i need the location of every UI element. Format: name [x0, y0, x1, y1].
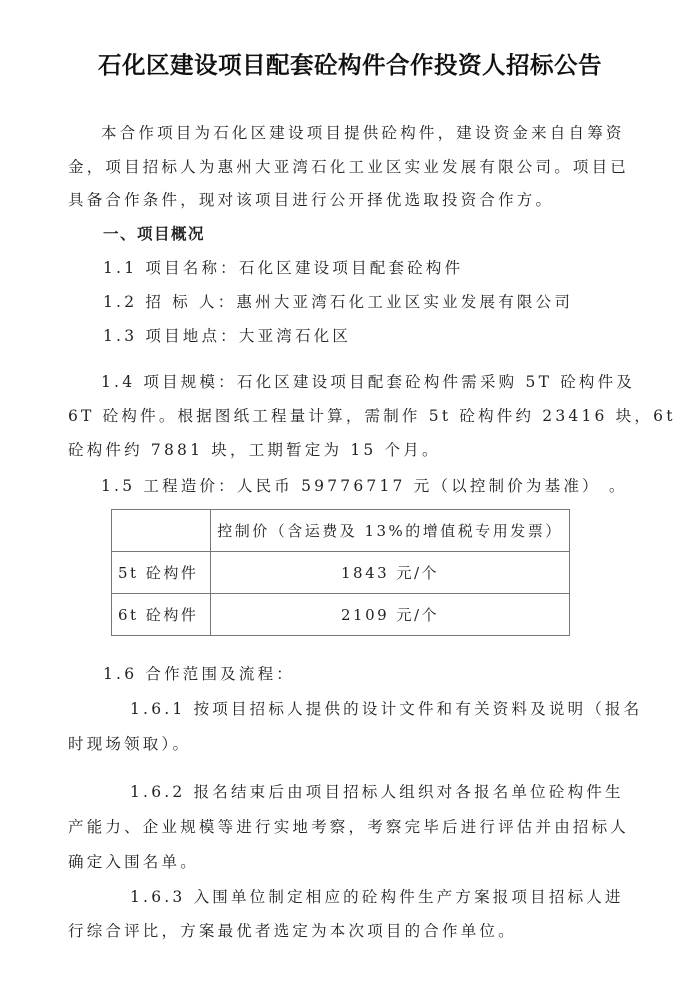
table-header-cell-control-price: 控制价（含运费及 13%的增值税专用发票） [211, 510, 570, 552]
table-cell-item: 6t 砼构件 [112, 594, 211, 636]
table-cell-price: 2109 元/个 [211, 594, 570, 636]
section-heading: 一、项目概况 [103, 222, 205, 244]
item-project-name: 1.1 项目名称：石化区建设项目配套砼构件 [103, 256, 463, 278]
document-title: 石化区建设项目配套砼构件合作投资人招标公告 [0, 46, 700, 80]
item-scale-line-1: 1.4 项目规模：石化区建设项目配套砼构件需采购 5T 砼构件及 [101, 370, 635, 392]
table-cell-price: 1843 元/个 [211, 552, 570, 594]
table-cell-item: 5t 砼构件 [112, 552, 211, 594]
item-scope-1-line-1: 1.6.1 按项目招标人提供的设计文件和有关资料及说明（报名 [130, 697, 642, 719]
item-scope-1-line-2: 时现场领取）。 [68, 732, 191, 754]
item-location: 1.3 项目地点：大亚湾石化区 [103, 324, 351, 346]
item-scale-line-3: 砼构件约 7881 块，工期暂定为 15 个月。 [68, 438, 441, 460]
table-header-cell-empty [112, 510, 211, 552]
intro-line-1: 本合作项目为石化区建设项目提供砼构件，建设资金来自自筹资 [101, 121, 625, 143]
intro-line-3: 具备合作条件，现对该项目进行公开择优选取投资合作方。 [68, 188, 554, 210]
table-header-row: 控制价（含运费及 13%的增值税专用发票） [112, 510, 570, 552]
item-scope-2-line-2: 产能力、企业规模等进行实地考察，考察完毕后进行评估并由招标人 [68, 815, 629, 837]
item-scope-2-line-3: 确定入围名单。 [68, 850, 199, 872]
price-table: 控制价（含运费及 13%的增值税专用发票） 5t 砼构件 1843 元/个 6t… [111, 509, 570, 636]
item-scope-2-line-1: 1.6.2 报名结束后由项目招标人组织对各报名单位砼构件生 [130, 780, 624, 802]
item-cost: 1.5 工程造价：人民币 59776717 元（以控制价为基准） 。 [101, 474, 628, 496]
table-row: 5t 砼构件 1843 元/个 [112, 552, 570, 594]
table-row: 6t 砼构件 2109 元/个 [112, 594, 570, 636]
item-scope: 1.6 合作范围及流程： [103, 662, 295, 684]
item-scope-3-line-1: 1.6.3 入围单位制定相应的砼构件生产方案报项目招标人进 [130, 885, 624, 907]
item-scale-line-2: 6T 砼构件。根据图纸工程量计算，需制作 5t 砼构件约 23416 块，6t [68, 404, 676, 426]
item-tenderer: 1.2 招 标 人：惠州大亚湾石化工业区实业发展有限公司 [103, 290, 573, 312]
item-scope-3-line-2: 行综合评比，方案最优者选定为本次项目的合作单位。 [68, 919, 517, 941]
intro-line-2: 金，项目招标人为惠州大亚湾石化工业区实业发展有限公司。项目已 [68, 155, 629, 177]
